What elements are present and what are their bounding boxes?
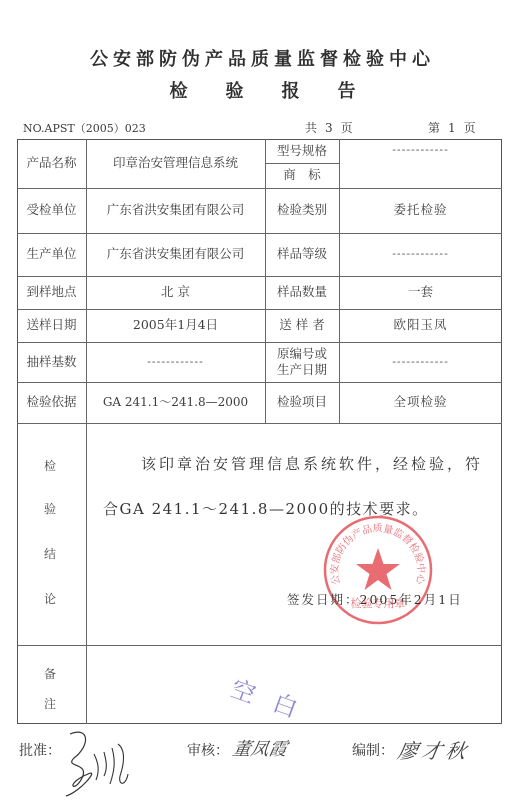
delivery-date-label: 送样日期	[17, 309, 86, 342]
sampling-base-value: ------------	[86, 342, 265, 382]
remarks-label-char: 备	[40, 665, 60, 682]
model-spec-label: 型号规格	[265, 139, 339, 163]
sender-value: 欧阳玉凤	[339, 309, 502, 342]
report-title-char: 验	[226, 77, 244, 103]
blank-stamp: 空白	[232, 672, 298, 707]
model-trademark-value: ------------	[339, 139, 502, 161]
sender-label: 送 样 者	[265, 309, 339, 342]
issue-date: 签发日期：2005年2月1日	[287, 590, 463, 608]
product-name-label: 产品名称	[17, 139, 86, 188]
conclusion-label-char: 检	[40, 457, 60, 474]
report-title-char: 报	[282, 77, 300, 103]
remarks-label-char: 注	[40, 695, 60, 712]
report-title: 检验报告	[0, 77, 525, 103]
basis-label: 检验依据	[17, 382, 86, 423]
producer-label: 生产单位	[17, 233, 86, 276]
compile-label: 编制：	[352, 740, 394, 760]
producer-value: 广东省洪安集团有限公司	[86, 233, 265, 276]
sample-quantity-label: 样品数量	[265, 276, 339, 309]
inspected-unit-label: 受检单位	[17, 188, 86, 233]
page-number-value: 1	[448, 121, 456, 135]
compile-signature: 廖才秋	[395, 735, 472, 764]
conclusion-line-2: 合GA 241.1～241.8—2000的技术要求。	[103, 502, 429, 517]
conclusion-label-char: 论	[40, 590, 60, 607]
report-number: NO.APST（2005）023	[23, 120, 146, 136]
sampling-base-label: 抽样基数	[17, 342, 86, 382]
basis-value: GA 241.1～241.8—2000	[86, 382, 265, 423]
original-no-label: 原编号或 生产日期	[265, 342, 339, 382]
conclusion-label-char: 验	[40, 500, 60, 517]
approve-signature-icon	[60, 728, 160, 800]
page-number: 第1页	[428, 119, 484, 136]
approve-label: 批准：	[19, 740, 61, 760]
conclusion-label-char: 结	[40, 545, 60, 562]
inspection-type-value: 委托检验	[339, 188, 502, 233]
conclusion-line-1: 该印章治安管理信息系统软件，经检验，符	[141, 457, 483, 472]
items-label: 检验项目	[265, 382, 339, 423]
sample-grade-value: ------------	[339, 233, 502, 276]
items-value: 全项检验	[339, 382, 502, 423]
organization-title: 公安部防伪产品质量监督检验中心	[0, 45, 525, 71]
review-label: 审核：	[187, 740, 229, 760]
total-pages-count: 3	[325, 121, 333, 135]
original-no-value: ------------	[339, 342, 502, 382]
inspection-type-label: 检验类别	[265, 188, 339, 233]
sample-quantity-value: 一套	[339, 276, 502, 309]
delivery-date-value: 2005年1月4日	[86, 309, 265, 342]
report-title-char: 告	[338, 77, 356, 103]
row-divider	[17, 645, 502, 646]
report-title-char: 检	[170, 77, 188, 103]
sample-location-label: 到样地点	[17, 276, 86, 309]
review-signature: 董凤霞	[231, 735, 290, 761]
total-pages: 共3页	[305, 119, 361, 136]
sample-location-value: 北 京	[86, 276, 265, 309]
row-divider	[17, 423, 502, 424]
product-name-value: 印章治安管理信息系统	[86, 139, 265, 188]
sample-grade-label: 样品等级	[265, 233, 339, 276]
trademark-label: 商 标	[265, 163, 339, 188]
inspected-unit-value: 广东省洪安集团有限公司	[86, 188, 265, 233]
